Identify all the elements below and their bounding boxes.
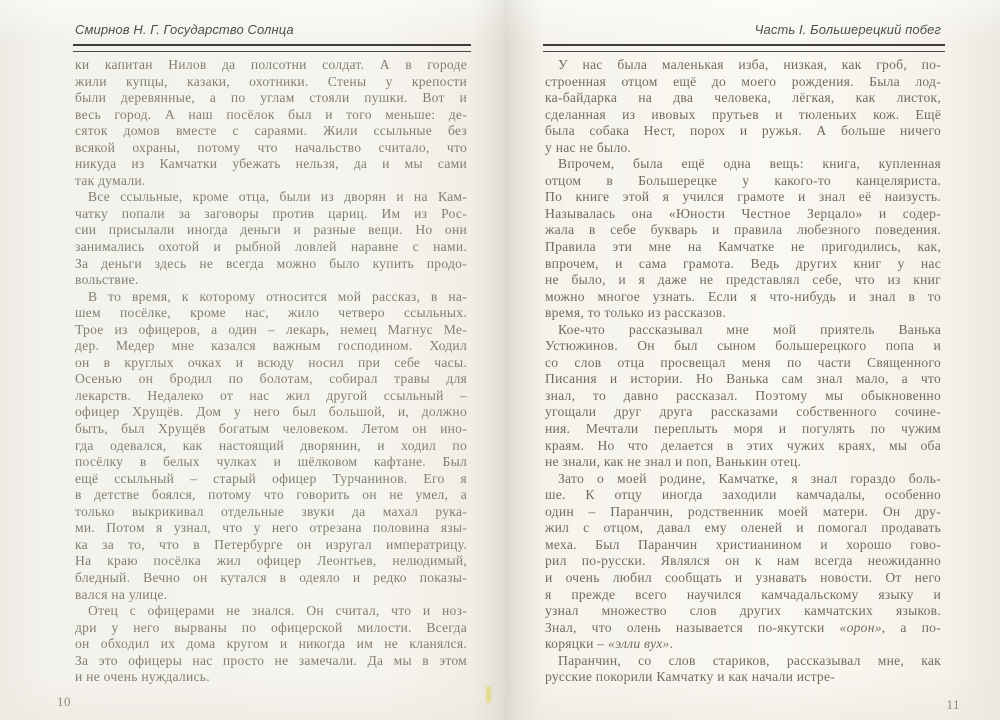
text-line: Отец с офицерами не знался. Он считал, ч…: [75, 603, 467, 620]
text-line: меха. Был Паранчин христианином и хорошо…: [545, 537, 941, 554]
text-line: русские покорили Камчатку и как начали и…: [545, 669, 941, 686]
text-line: ки капитан Нилов да полсотни солдат. А в…: [75, 57, 467, 74]
paragraph: Впрочем, была ещё одна вещь: книга, купл…: [545, 156, 941, 321]
text-line: Устюжинов. Он был сыном большерецкого по…: [545, 338, 941, 355]
text-line: чатку попали за заговоры против цариц. И…: [75, 206, 467, 223]
text-line: ми. Потом я узнал, что у него отрезана п…: [75, 520, 467, 537]
text-line: ния. Мечтали переплыть моря и погулять п…: [545, 421, 941, 438]
text-line: и очень любил сообщать и узнавать новост…: [545, 570, 941, 587]
text-line: не было, и я даже не представлял себе, ч…: [545, 272, 941, 289]
text-line: была собака Нест, порох и ружья. А больш…: [545, 123, 941, 140]
text-line: можно многое узнать. Если я что-нибудь и…: [545, 289, 941, 306]
text-line: узнал множество слов других камчатских я…: [545, 603, 941, 620]
paragraph: Зато о моей родине, Камчатке, я знал гор…: [545, 471, 941, 653]
text-line: жили купцы, казаки, охотники. Стены у кр…: [75, 74, 467, 91]
text-line: На краю посёлка жил офицер Леонтьев, нел…: [75, 553, 467, 570]
paragraph: У нас была маленькая изба, низкая, как г…: [545, 57, 941, 156]
text-line: Называлась она «Юности Честное Зерцало» …: [545, 206, 941, 223]
text-line: В то время, к которому относится мой рас…: [75, 289, 467, 306]
text-line: Осенью он бродил по болотам, собирал тра…: [75, 371, 467, 388]
text-line: сделанная из ивовых прутьев и тюленьих к…: [545, 107, 941, 124]
text-line: Кое-что рассказывал мне мой приятель Ван…: [545, 322, 941, 339]
text-line: я прежде всего научился камчадальскому я…: [545, 587, 941, 604]
right-page-text: У нас была маленькая изба, низкая, как г…: [545, 57, 941, 686]
text-line: впрочем, и сама грамота. Ведь других кни…: [545, 256, 941, 273]
text-line: краям. Но что делается в этих чужих края…: [545, 438, 941, 455]
page-number-left: 10: [57, 694, 71, 710]
text-line: никуда из Камчатки убежать нельзя, да и …: [75, 156, 467, 173]
text-line: не знали, как не знал и поп, Ванькин оте…: [545, 454, 941, 471]
left-page-text: ки капитан Нилов да полсотни солдат. А в…: [75, 57, 467, 686]
text-line: быть, был Хрущёв богатым человеком. Лето…: [75, 421, 467, 438]
text-line: Паранчин, со слов стариков, рассказывал …: [545, 653, 941, 670]
text-line: сяток домов вместе с сараями. Жили ссыль…: [75, 123, 467, 140]
text-line: Трое из офицеров, а один – лекарь, немец…: [75, 322, 467, 339]
text-line: Знал, что олень называется по-якутски «о…: [545, 620, 941, 637]
text-line: лекарств. Недалеко от нас жил другой ссы…: [75, 388, 467, 405]
text-line: и не очень нуждались.: [75, 669, 467, 686]
header-rule-right: [543, 44, 945, 52]
text-line: весь город. А наш посёлок был и того мен…: [75, 107, 467, 124]
running-header-right: Часть I. Большерецкий побег: [545, 22, 941, 37]
text-line: сии присылали иногда деньги и разные вещ…: [75, 222, 467, 239]
text-line: гда одевался, как настоящий дворянин, и …: [75, 438, 467, 455]
text-line: ещё ссыльный – старый офицер Турчанинов.…: [75, 471, 467, 488]
text-line: Все ссыльные, кроме отца, были из дворян…: [75, 189, 467, 206]
text-line: угощали друг друга рассказами собственно…: [545, 404, 941, 421]
text-line: в детстве боялся, потому что говорить он…: [75, 487, 467, 504]
text-line: посёлку в белых чулках и шёлковом кафтан…: [75, 454, 467, 471]
text-line: Писания и истории. Но Ванька сам знал ма…: [545, 371, 941, 388]
text-line: время, то только из рассказов.: [545, 305, 941, 322]
text-line: дер. Медер мне казался важным господином…: [75, 338, 467, 355]
running-header-left: Смирнов Н. Г. Государство Солнца: [75, 22, 467, 37]
text-line: ше. К отцу иногда заходили камчадалы, ос…: [545, 487, 941, 504]
gutter-mark: [486, 686, 491, 703]
paragraph: Отец с офицерами не знался. Он считал, ч…: [75, 603, 467, 686]
text-line: так думали.: [75, 173, 467, 190]
paragraph: Все ссыльные, кроме отца, были из дворян…: [75, 189, 467, 288]
text-line: он обходил их дома кругом и никогда им н…: [75, 636, 467, 653]
text-line: жил с отцом, давал ему оленей и помогал …: [545, 520, 941, 537]
header-rule-left: [73, 44, 471, 52]
left-page: Смирнов Н. Г. Государство Солнца ки капи…: [75, 0, 467, 720]
text-line: По книге этой я учился грамоте и знал её…: [545, 189, 941, 206]
text-line: У нас была маленькая изба, низкая, как г…: [545, 57, 941, 74]
text-line: вался на улице.: [75, 587, 467, 604]
gutter-shadow: [470, 0, 540, 720]
text-line: Зато о моей родине, Камчатке, я знал гор…: [545, 471, 941, 488]
text-line: всякой охраны, потому что начальство счи…: [75, 140, 467, 157]
text-line: знал, то давно рассказал. Поэтому мы обы…: [545, 388, 941, 405]
right-page: Часть I. Большерецкий побег У нас была м…: [545, 0, 941, 720]
text-line: он в круглых очках и всюду носил при себ…: [75, 355, 467, 372]
text-line: строенная отцом ещё до моего рождения. Б…: [545, 74, 941, 91]
text-line: шем посёлке, кроме нас, жило четверо ссы…: [75, 305, 467, 322]
text-line: коряцки – «элли вух».: [545, 636, 941, 653]
text-line: жала в себе букварь и правила любезного …: [545, 222, 941, 239]
text-line: рил по-русски. Являлся он к нам всегда н…: [545, 553, 941, 570]
text-line: ка-байдарка на два человека, лёгкая, как…: [545, 90, 941, 107]
text-line: один – Паранчин, родственник моей матери…: [545, 504, 941, 521]
text-line: занимались охотой и рыбной ловлей наравн…: [75, 239, 467, 256]
text-line: Впрочем, была ещё одна вещь: книга, купл…: [545, 156, 941, 173]
text-line: отцом в Большерецке у какого-то канцеляр…: [545, 173, 941, 190]
text-line: только выкрикивал отдельные звуки да мах…: [75, 504, 467, 521]
text-line: За это офицеры нас просто не замечали. Д…: [75, 653, 467, 670]
paragraph: ки капитан Нилов да полсотни солдат. А в…: [75, 57, 467, 189]
book-spread-photo: Смирнов Н. Г. Государство Солнца ки капи…: [0, 0, 1000, 720]
text-line: За деньги здесь не всегда можно было куп…: [75, 256, 467, 273]
text-line: со слов отца просвещал меня по части Свя…: [545, 355, 941, 372]
text-line: офицер Хрущёв. Дом у него был большой, и…: [75, 404, 467, 421]
paragraph: Кое-что рассказывал мне мой приятель Ван…: [545, 322, 941, 471]
text-line: бледный. Вечно он кутался в одеяло и ред…: [75, 570, 467, 587]
text-line: у нас не было.: [545, 140, 941, 157]
page-number-right: 11: [946, 697, 960, 713]
paragraph: Паранчин, со слов стариков, рассказывал …: [545, 653, 941, 686]
paragraph: В то время, к которому относится мой рас…: [75, 289, 467, 603]
text-line: дри у него вырваны по офицерской милости…: [75, 620, 467, 637]
text-line: вольствие.: [75, 272, 467, 289]
text-line: были деревянные, а по углам стояли пушки…: [75, 90, 467, 107]
text-line: Правила эти мне на Камчатке не пригодили…: [545, 239, 941, 256]
text-line: ка за то, что в Петербурге он изругал им…: [75, 537, 467, 554]
